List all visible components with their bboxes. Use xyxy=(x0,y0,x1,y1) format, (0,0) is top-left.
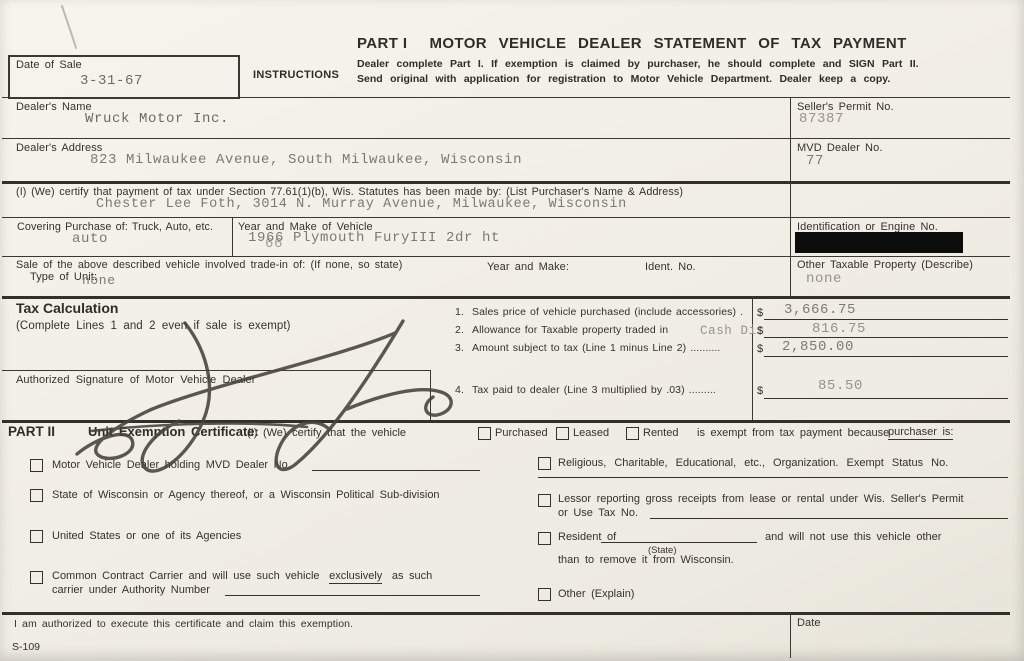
part2-title: Unit Exemption Certificate: xyxy=(88,424,259,439)
covering-purchase-value: auto xyxy=(72,231,108,247)
tax-calc-subtitle: (Complete Lines 1 and 2 even if sale is … xyxy=(16,320,291,332)
trade-in-label: Sale of the above described vehicle invo… xyxy=(16,259,402,271)
checkbox-united-states xyxy=(30,530,43,543)
date-of-sale-box: Date of Sale 3-31-67 xyxy=(8,55,240,99)
pen-mark xyxy=(0,0,130,60)
divider xyxy=(2,370,430,371)
checkbox-rented xyxy=(626,427,639,440)
dealer-name-value: Wruck Motor Inc. xyxy=(85,111,229,127)
tax-line-label: Tax paid to dealer (Line 3 multiplied by… xyxy=(472,384,716,396)
divider xyxy=(2,296,1010,299)
footer-authorized-text: I am authorized to execute this certific… xyxy=(14,618,353,630)
seller-permit-value: 87387 xyxy=(799,111,844,127)
type-of-unit-value: none xyxy=(82,273,116,288)
tax-line-label: Sales price of vehicle purchased (includ… xyxy=(472,306,743,318)
currency-sign: $ xyxy=(757,307,763,319)
divider xyxy=(2,97,1010,98)
other-property-label: Other Taxable Property (Describe) xyxy=(797,259,973,271)
checkbox-rented-label: Rented xyxy=(643,427,678,439)
amount-underline xyxy=(764,337,1008,338)
tax-line-num: 3. xyxy=(455,342,464,354)
divider xyxy=(232,217,233,256)
trade-year-make-label: Year and Make: xyxy=(487,261,569,273)
checkbox-lessor xyxy=(538,494,551,507)
footer-date-label: Date xyxy=(797,617,821,629)
mvd-dealer-blank xyxy=(312,470,480,471)
purchaser-name-address: Chester Lee Foth, 3014 N. Murray Avenue,… xyxy=(96,197,627,212)
form-number: S-109 xyxy=(12,641,40,653)
checkbox-purchased-label: Purchased xyxy=(495,427,548,439)
option-other: Other (Explain) xyxy=(558,588,634,600)
part2-certify-prefix: (I) (We) certify that the vehicle xyxy=(247,427,406,439)
tax-line-value: 85.50 xyxy=(818,378,863,394)
option-united-states: United States or one of its Agencies xyxy=(52,530,241,542)
covering-purchase-label: Covering Purchase of: Truck, Auto, etc. xyxy=(17,221,213,233)
tax-line-typed: Cash Dis xyxy=(700,324,765,338)
option-mvd-dealer: Motor Vehicle Dealer holding MVD Dealer … xyxy=(52,459,291,471)
amount-underline xyxy=(764,398,1008,399)
dealer-name-label: Dealer's Name xyxy=(16,101,92,113)
use-tax-no-blank xyxy=(650,518,1008,519)
tax-line-num: 4. xyxy=(455,384,464,396)
authority-number-blank xyxy=(225,595,480,596)
checkbox-state-wisconsin xyxy=(30,489,43,502)
divider xyxy=(2,217,1010,218)
option-common-carrier-line1: Common Contract Carrier and will use suc… xyxy=(52,570,432,582)
divider xyxy=(2,138,1010,139)
authorized-signature-label: Authorized Signature of Motor Vehicle De… xyxy=(16,374,256,386)
mvd-dealer-value: 77 xyxy=(806,153,824,169)
checkbox-other xyxy=(538,588,551,601)
divider xyxy=(2,181,1010,184)
trade-ident-label: Ident. No. xyxy=(645,261,696,273)
option-religious: Religious, Charitable, Educational, etc.… xyxy=(558,457,948,469)
currency-sign: $ xyxy=(757,343,763,355)
checkbox-leased-label: Leased xyxy=(573,427,609,439)
divider xyxy=(2,612,1010,615)
option-resident-post: and will not use this vehicle other xyxy=(765,531,941,543)
checkbox-resident xyxy=(538,532,551,545)
instructions-line2: Send original with application for regis… xyxy=(357,73,890,85)
checkbox-common-carrier xyxy=(30,571,43,584)
divider xyxy=(2,420,1010,423)
tax-line-value: 2,850.00 xyxy=(782,339,854,355)
option-state-wisconsin: State of Wisconsin or Agency thereof, or… xyxy=(52,489,440,501)
part1-title: MOTOR VEHICLE DEALER STATEMENT OF TAX PA… xyxy=(429,35,906,52)
tax-line-label: Amount subject to tax (Line 1 minus Line… xyxy=(472,342,720,354)
option-common-carrier-line2: carrier under Authority Number xyxy=(52,584,210,596)
part2-certify-suffix: is exempt from tax payment because xyxy=(697,427,889,439)
divider xyxy=(2,256,1010,257)
tax-line-num: 2. xyxy=(455,324,464,336)
option-resident-line2: than to remove it from Wisconsin. xyxy=(558,554,734,566)
redaction-box xyxy=(795,232,963,253)
instructions-line1: Dealer complete Part I. If exemption is … xyxy=(357,58,919,70)
resident-state-blank xyxy=(601,542,757,543)
tax-line-value: 816.75 xyxy=(812,321,866,337)
carrier-text-underlined: exclusively xyxy=(329,570,382,584)
option-lessor-line2: or Use Tax No. xyxy=(558,507,638,519)
year-overstrike: 66 xyxy=(265,236,283,252)
tax-line-value: 3,666.75 xyxy=(784,302,856,318)
year-make-value: 1966 Plymouth FuryIII 2dr ht xyxy=(248,230,500,246)
carrier-text-post: as such xyxy=(392,570,432,582)
tax-line-label: Allowance for Taxable property traded in xyxy=(472,324,668,336)
amount-underline xyxy=(764,319,1008,320)
checkbox-purchased xyxy=(478,427,491,440)
part2-purchaser-is: purchaser is: xyxy=(888,426,953,440)
divider xyxy=(430,370,431,420)
currency-sign: $ xyxy=(757,385,763,397)
instructions-label: INSTRUCTIONS xyxy=(253,69,339,81)
checkbox-leased xyxy=(556,427,569,440)
tax-calc-title: Tax Calculation xyxy=(16,300,118,316)
scanned-form: PART IMOTOR VEHICLE DEALER STATEMENT OF … xyxy=(0,0,1024,661)
currency-sign: $ xyxy=(757,325,763,337)
checkbox-mvd-dealer xyxy=(30,459,43,472)
option-lessor-line1: Lessor reporting gross receipts from lea… xyxy=(558,493,964,505)
divider xyxy=(790,612,791,658)
exempt-status-blank xyxy=(538,477,1008,478)
divider xyxy=(752,296,753,420)
other-property-value: none xyxy=(806,271,842,287)
part1-heading: PART IMOTOR VEHICLE DEALER STATEMENT OF … xyxy=(357,35,907,52)
part2-label: PART II xyxy=(8,424,55,439)
date-of-sale-value: 3-31-67 xyxy=(80,73,143,89)
carrier-text-pre: Common Contract Carrier and will use suc… xyxy=(52,570,320,582)
dealer-address-value: 823 Milwaukee Avenue, South Milwaukee, W… xyxy=(90,152,522,168)
amount-underline xyxy=(764,356,1008,357)
part1-label: PART I xyxy=(357,35,407,52)
date-of-sale-label: Date of Sale xyxy=(16,59,82,71)
tax-line-num: 1. xyxy=(455,306,464,318)
checkbox-religious xyxy=(538,457,551,470)
divider xyxy=(790,97,791,296)
